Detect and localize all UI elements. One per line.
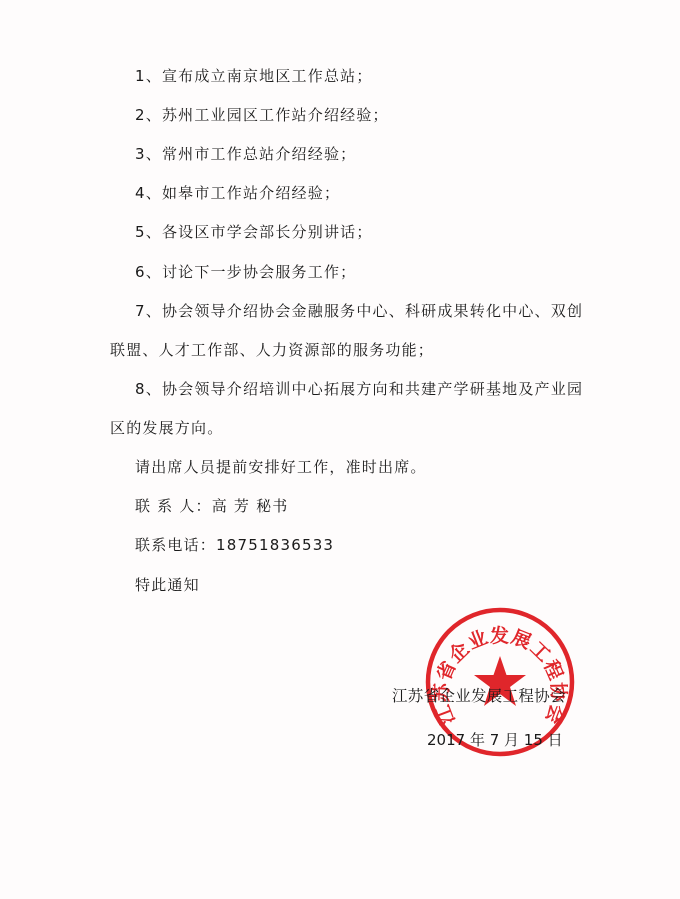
agenda-item-3: 3、常州市工作总站介绍经验；	[135, 143, 356, 164]
agenda-item-7: 7、协会领导介绍协会金融服务中心、科研成果转化中心、双创	[135, 300, 583, 321]
signature-organization: 江苏省企业发展工程协会	[392, 684, 566, 706]
agenda-item-8-cont: 区的发展方向。	[110, 417, 223, 438]
closing: 特此通知	[135, 574, 200, 595]
agenda-item-1: 1、宣布成立南京地区工作总站；	[135, 65, 373, 86]
agenda-item-6: 6、讨论下一步协会服务工作；	[135, 261, 356, 282]
agenda-item-4: 4、如皋市工作站介绍经验；	[135, 182, 340, 203]
agenda-item-7-cont: 联盟、人才工作部、人力资源部的服务功能；	[110, 339, 434, 360]
agenda-item-2: 2、苏州工业园区工作站介绍经验；	[135, 104, 389, 125]
agenda-item-5: 5、各设区市学会部长分别讲话；	[135, 221, 373, 242]
contact-phone: 联系电话：18751836533	[135, 534, 334, 555]
attendance-notice: 请出席人员提前安排好工作，准时出席。	[135, 456, 427, 477]
contact-person: 联 系 人：高 芳 秘书	[135, 495, 288, 516]
signature-date: 2017 年 7 月 15 日	[427, 729, 563, 750]
agenda-item-8: 8、协会领导介绍培训中心拓展方向和共建产学研基地及产业园	[135, 378, 583, 399]
